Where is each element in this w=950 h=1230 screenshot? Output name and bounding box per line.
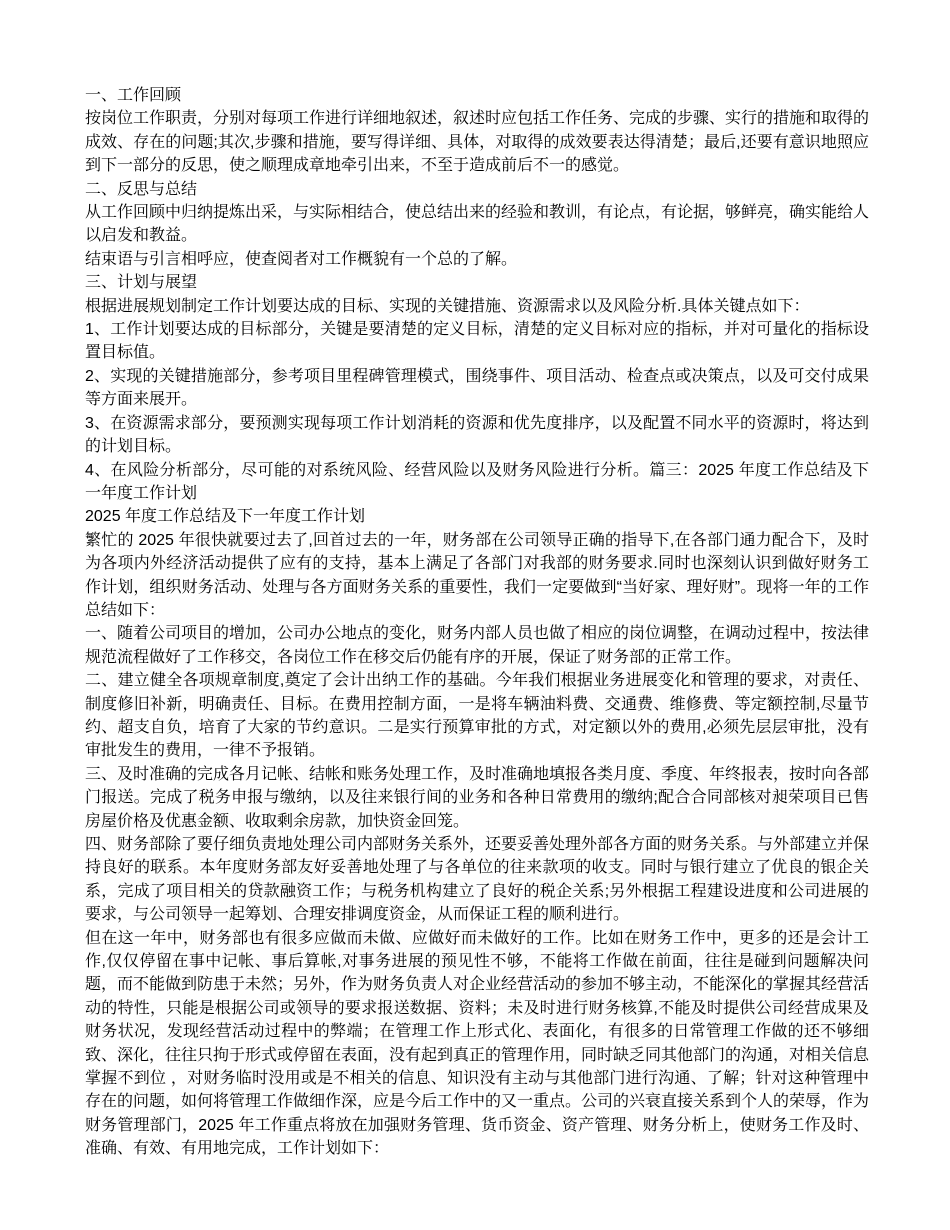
paragraph: 2、实现的关键措施部分，参考项目里程碑管理模式，围绕事件、项目活动、检查点或决策… (85, 365, 869, 412)
paragraph: 但在这一年中，财务部也有很多应做而未做、应做好而未做好的工作。比如在财务工作中，… (85, 927, 869, 1161)
paragraph: 3、在资源需求部分，要预测实现每项工作计划消耗的资源和优先度排序，以及配置不同水… (85, 412, 869, 459)
paragraph: 繁忙的 2025 年很快就要过去了,回首过去的一年，财务部在公司领导正确的指导下… (85, 529, 869, 623)
paragraph: 根据进展规划制定工作计划要达成的目标、实现的关键措施、资源需求以及风险分析.具体… (85, 295, 869, 318)
paragraph: 四、财务部除了要仔细负责地处理公司内部财务关系外，还要妥善处理外部各方面的财务关… (85, 833, 869, 927)
paragraph: 一、工作回顾 (85, 84, 869, 107)
paragraph: 三、计划与展望 (85, 271, 869, 294)
paragraph: 2025 年度工作总结及下一年度工作计划 (85, 505, 869, 528)
document-page: 一、工作回顾按岗位工作职责，分别对每项工作进行详细地叙述，叙述时应包括工作任务、… (0, 0, 950, 1230)
paragraph: 按岗位工作职责，分别对每项工作进行详细地叙述，叙述时应包括工作任务、完成的步骤、… (85, 107, 869, 177)
document-text-block: 一、工作回顾按岗位工作职责，分别对每项工作进行详细地叙述，叙述时应包括工作任务、… (85, 84, 869, 1161)
paragraph: 三、及时准确的完成各月记帐、结帐和账务处理工作，及时准确地填报各类月度、季度、年… (85, 763, 869, 833)
paragraph: 一、随着公司项目的增加，公司办公地点的变化，财务内部人员也做了相应的岗位调整，在… (85, 622, 869, 669)
paragraph: 结束语与引言相呼应，使查阅者对工作概貌有一个总的了解。 (85, 248, 869, 271)
paragraph: 二、反思与总结 (85, 178, 869, 201)
paragraph: 从工作回顾中归纳提炼出采，与实际相结合，使总结出来的经验和教训，有论点，有论据，… (85, 201, 869, 248)
paragraph: 1、工作计划要达成的目标部分，关键是要清楚的定义目标，清楚的定义目标对应的指标，… (85, 318, 869, 365)
paragraph: 4、在风险分析部分，尽可能的对系统风险、经营风险以及财务风险进行分析。篇三：20… (85, 459, 869, 506)
paragraph: 二、建立健全各项规章制度,奠定了会计出纳工作的基础。今年我们根据业务进展变化和管… (85, 669, 869, 763)
